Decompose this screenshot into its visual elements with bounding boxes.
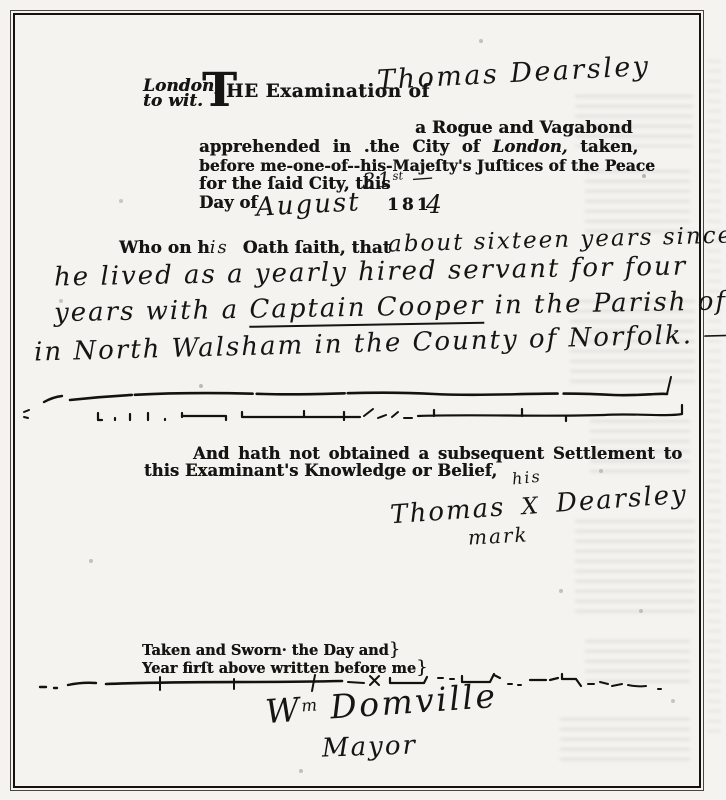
squiggle-lower-segment2 [242,411,360,420]
oath-line3-post: in the Parish of — [494,286,726,321]
oath-line3-captain-name: Captain Cooper [249,291,485,328]
page-edge-shadow [707,60,721,740]
rule-tail-dashes [588,682,646,686]
day-handwriting: 31st — [361,164,435,193]
document-scan: London, to wit. T HE Examination of Thom… [0,0,726,800]
rule-left-dots [40,687,57,688]
year-printed: 181 [387,195,432,215]
oath-written-is: is [210,237,229,258]
squiggle-lower-hooks [364,409,412,418]
squiggle-lower-segment1 [182,413,226,420]
preamble-line4: Day of [199,193,257,212]
squiggle-lower-segment3 [418,409,604,421]
rule-segment4 [530,674,581,686]
examinant-cross-mark: X [521,493,541,520]
paper-speckle-noise [0,0,2,2]
mayor-title: Mayor [322,730,418,763]
preamble-line1-post: taken, [580,137,638,156]
oath-printed-pre: Who on h [119,238,210,258]
month-handwriting: August [255,187,361,222]
signature-w: W [264,690,303,731]
squiggle-upper-end-tick [667,377,671,394]
day-dash: — [411,164,436,190]
preamble-line1-place: London, [493,137,568,156]
preamble-line1: apprehended in .the City of London, take… [199,137,638,156]
squiggle-upper-line [70,393,667,400]
jurat-brace1: } [389,639,401,660]
jurat-line1: Taken and Sworn· the Day and} [142,641,428,659]
signature-superscript-m: m [301,695,318,715]
oath-opening: Who on hisOath ſaith, that [119,237,391,258]
squiggle-lower-tick-cluster [98,413,165,420]
oath-line3-pre: years with a [54,295,240,328]
mark-word: mark [467,522,529,549]
rule-dots3 [508,684,521,685]
oath-printed-post: Oath ſaith, that [243,238,391,258]
settlement-line2: this Examinant's Knowledge or Belief, [144,461,497,480]
rule-solid-span [106,681,342,684]
year-handwritten-digit: 4 [426,190,444,219]
squiggle-lower-tail [604,405,682,415]
day-suffix: st [392,168,404,183]
his-word: his [511,467,542,489]
rule-left-dash [68,683,96,685]
squiggle-left-dash [44,396,62,402]
divider-squiggle-lines [14,372,706,428]
squiggle-lower-left-mark [24,410,29,418]
day-number: 31 [361,167,393,193]
jurat-line1-text: Taken and Sworn· the Day and [142,642,389,659]
preamble-line1-pre: apprehended in .the City of [199,137,480,156]
charge-line: a Rogue and Vagabond [415,118,633,138]
